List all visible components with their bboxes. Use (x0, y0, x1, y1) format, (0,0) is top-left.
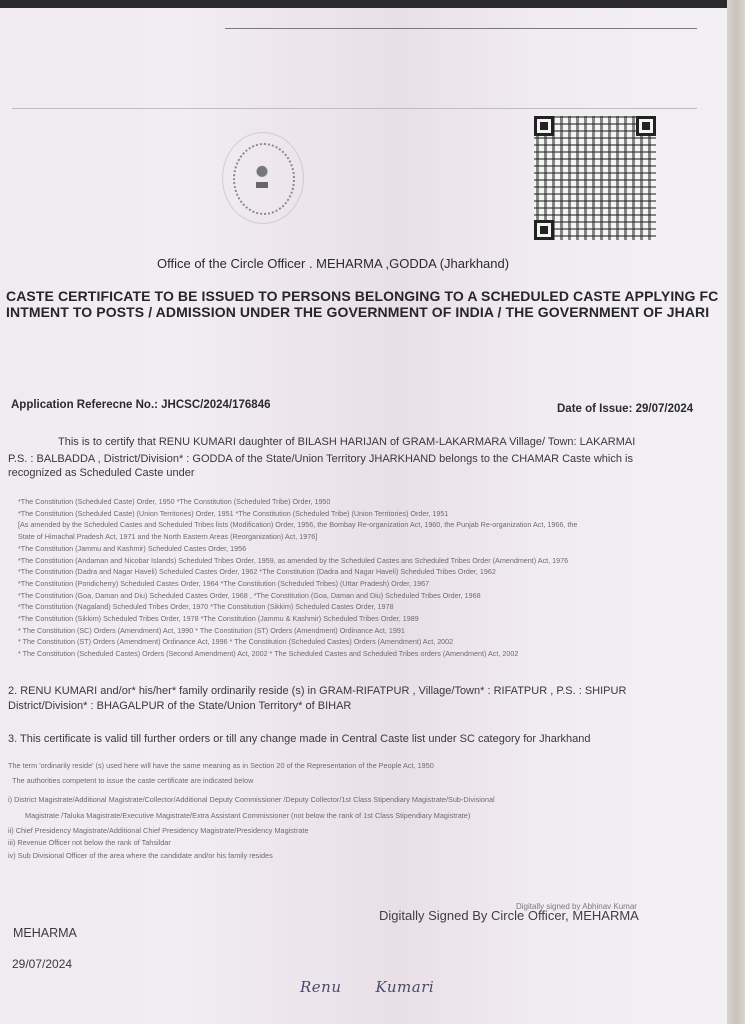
order-item: *The Constitution (Scheduled Caste) Orde… (18, 496, 577, 508)
lion-capital-icon (254, 163, 270, 191)
certify-line-2: P.S. : BALBADDA , District/Division* : G… (8, 453, 633, 465)
application-reference: Application Referecne No.: JHCSC/2024/17… (11, 399, 271, 411)
note-competent-authorities: The authorities competent to issue the c… (12, 776, 253, 785)
constitution-orders-list: *The Constitution (Scheduled Caste) Orde… (18, 496, 577, 660)
authority-item-cont: Magistrate /Taluka Magistrate/Executive … (25, 811, 470, 820)
office-heading: Office of the Circle Officer . MEHARMA ,… (157, 256, 509, 271)
place: MEHARMA (13, 926, 77, 940)
order-item: *The Constitution (Andaman and Nicobar I… (18, 555, 577, 567)
authority-item: ii) Chief Presidency Magistrate/Addition… (8, 826, 309, 835)
certificate-title-line-1: CASTE CERTIFICATE TO BE ISSUED TO PERSON… (6, 288, 718, 304)
authority-item: iv) Sub Divisional Officer of the area w… (8, 851, 273, 860)
residence-line-1: 2. RENU KUMARI and/or* his/her* family o… (8, 685, 626, 697)
note-ordinarily-reside: The term 'ordinarily reside' (s) used he… (8, 761, 434, 770)
order-item: *The Constitution (Jammu and Kashmir) Sc… (18, 543, 577, 555)
order-item: * The Constitution (Scheduled Castes) Or… (18, 648, 577, 660)
order-item: [As amended by the Scheduled Castes and … (18, 519, 577, 531)
authority-item: i) District Magistrate/Additional Magist… (8, 795, 495, 804)
order-item: *The Constitution (Scheduled Caste) (Uni… (18, 508, 577, 520)
signed-by: Digitally Signed By Circle Officer, MEHA… (379, 908, 639, 923)
certify-line-1: This is to certify that RENU KUMARI daug… (58, 436, 635, 448)
order-item: *The Constitution (Sikkim) Scheduled Tri… (18, 613, 577, 625)
residence-line-2: District/Division* : BHAGALPUR of the St… (8, 700, 351, 712)
signing-date: 29/07/2024 (12, 957, 72, 971)
order-item: * The Constitution (ST) Orders (Amendmen… (18, 636, 577, 648)
order-item: State of Himachal Pradesh Act, 1971 and … (18, 531, 577, 543)
header-divider (12, 108, 697, 109)
certify-line-3: recognized as Scheduled Caste under (8, 467, 195, 479)
order-item: *The Constitution (Nagaland) Scheduled T… (18, 601, 577, 613)
background-edge (727, 0, 745, 1024)
state-emblem-icon (222, 132, 304, 224)
top-rule (225, 28, 697, 29)
order-item: *The Constitution (Dadra and Nagar Havel… (18, 566, 577, 578)
authority-item: iii) Revenue Officer not below the rank … (8, 838, 171, 847)
order-item: *The Constitution (Pondicherry) Schedule… (18, 578, 577, 590)
certificate-page: Office of the Circle Officer . MEHARMA ,… (0, 8, 727, 1024)
qr-code-icon (534, 116, 656, 240)
validity-statement: 3. This certificate is valid till furthe… (8, 733, 590, 745)
certificate-title-line-2: INTMENT TO POSTS / ADMISSION UNDER THE G… (6, 304, 709, 320)
order-item: * The Constitution (SC) Orders (Amendmen… (18, 625, 577, 637)
handwritten-signature: RenuKumari (300, 978, 468, 996)
order-item: *The Constitution (Goa, Daman and Diu) S… (18, 590, 577, 602)
date-of-issue: Date of Issue: 29/07/2024 (557, 403, 693, 415)
